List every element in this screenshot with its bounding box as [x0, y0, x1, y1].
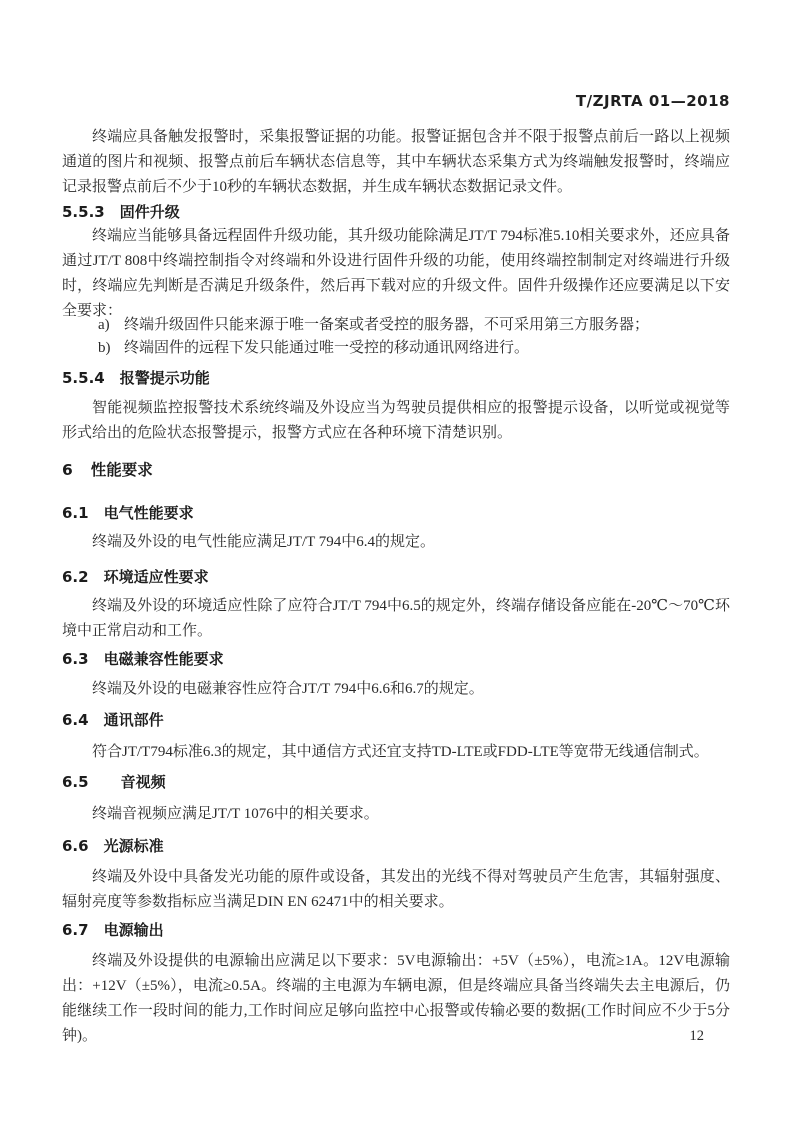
section-number: 6.3 — [62, 649, 89, 669]
section-number: 6.2 — [62, 567, 89, 587]
paragraph-alarm-evidence: 终端应具备触发报警时，采集报警证据的功能。报警证据包含并不限于报警点前后一路以上… — [62, 125, 730, 200]
section-title: 电气性能要求 — [104, 504, 194, 522]
paragraph-light-source: 终端及外设中具备发光功能的原件或设备，其发出的光线不得对驾驶员产生危害，其辐射强… — [62, 865, 730, 915]
section-heading-6-2: 6.2环境适应性要求 — [62, 567, 730, 587]
list-marker: b) — [98, 337, 124, 360]
chapter-title: 性能要求 — [91, 461, 153, 479]
section-title: 音视频 — [121, 773, 166, 791]
section-heading-6-7: 6.7电源输出 — [62, 920, 730, 940]
chapter-heading-6: 6性能要求 — [62, 460, 730, 480]
section-number: 5.5.4 — [62, 368, 105, 388]
section-heading-5-5-3: 5.5.3固件升级 — [62, 202, 730, 222]
section-title: 光源标准 — [104, 837, 164, 855]
paragraph-electrical: 终端及外设的电气性能应满足JT/T 794中6.4的规定。 — [62, 530, 730, 555]
section-title: 环境适应性要求 — [104, 568, 209, 586]
section-number: 6.5 — [62, 772, 89, 792]
paragraph-environment: 终端及外设的环境适应性除了应符合JT/T 794中6.5的规定外，终端存储设备应… — [62, 594, 730, 644]
section-heading-6-5: 6.5音视频 — [62, 772, 730, 792]
section-heading-6-1: 6.1电气性能要求 — [62, 503, 730, 523]
standard-number: T/ZJRTA 01—2018 — [576, 92, 730, 110]
list-item-b: b)终端固件的远程下发只能通过唯一受控的移动通讯网络进行。 — [62, 337, 730, 360]
chapter-number: 6 — [62, 460, 73, 480]
paragraph-communication: 符合JT/T794标准6.3的规定，其中通信方式还宜支持TD-LTE或FDD-L… — [62, 740, 730, 765]
paragraph-audio-video: 终端音视频应满足JT/T 1076中的相关要求。 — [62, 802, 730, 827]
section-title: 电磁兼容性能要求 — [104, 650, 224, 668]
paragraph-alarm-prompt: 智能视频监控报警技术系统终端及外设应当为驾驶员提供相应的报警提示设备，以听觉或视… — [62, 396, 730, 446]
section-number: 5.5.3 — [62, 202, 105, 222]
section-title: 报警提示功能 — [120, 369, 210, 387]
section-number: 6.7 — [62, 920, 89, 940]
requirement-list: a)终端升级固件只能来源于唯一备案或者受控的服务器，不可采用第三方服务器； b)… — [62, 314, 730, 360]
paragraph-emc: 终端及外设的电磁兼容性应符合JT/T 794中6.6和6.7的规定。 — [62, 677, 730, 702]
list-text: 终端升级固件只能来源于唯一备案或者受控的服务器，不可采用第三方服务器； — [124, 317, 649, 333]
section-title: 电源输出 — [104, 921, 164, 939]
paragraph-firmware-upgrade: 终端应当能够具备远程固件升级功能，其升级功能除满足JT/T 794标准5.10相… — [62, 224, 730, 324]
section-heading-6-4: 6.4通讯部件 — [62, 710, 730, 730]
list-text: 终端固件的远程下发只能通过唯一受控的移动通讯网络进行。 — [124, 340, 529, 356]
section-heading-6-6: 6.6光源标准 — [62, 836, 730, 856]
document-page: T/ZJRTA 01—2018 终端应具备触发报警时，采集报警证据的功能。报警证… — [0, 0, 794, 1123]
section-heading-5-5-4: 5.5.4报警提示功能 — [62, 368, 730, 388]
section-number: 6.6 — [62, 836, 89, 856]
section-title: 通讯部件 — [104, 711, 164, 729]
list-marker: a) — [98, 314, 124, 337]
section-title: 固件升级 — [120, 203, 180, 221]
section-number: 6.4 — [62, 710, 89, 730]
section-number: 6.1 — [62, 503, 89, 523]
running-header: T/ZJRTA 01—2018 — [62, 92, 742, 110]
page-number: 12 — [62, 1028, 730, 1045]
section-heading-6-3: 6.3电磁兼容性能要求 — [62, 649, 730, 669]
list-item-a: a)终端升级固件只能来源于唯一备案或者受控的服务器，不可采用第三方服务器； — [62, 314, 730, 337]
